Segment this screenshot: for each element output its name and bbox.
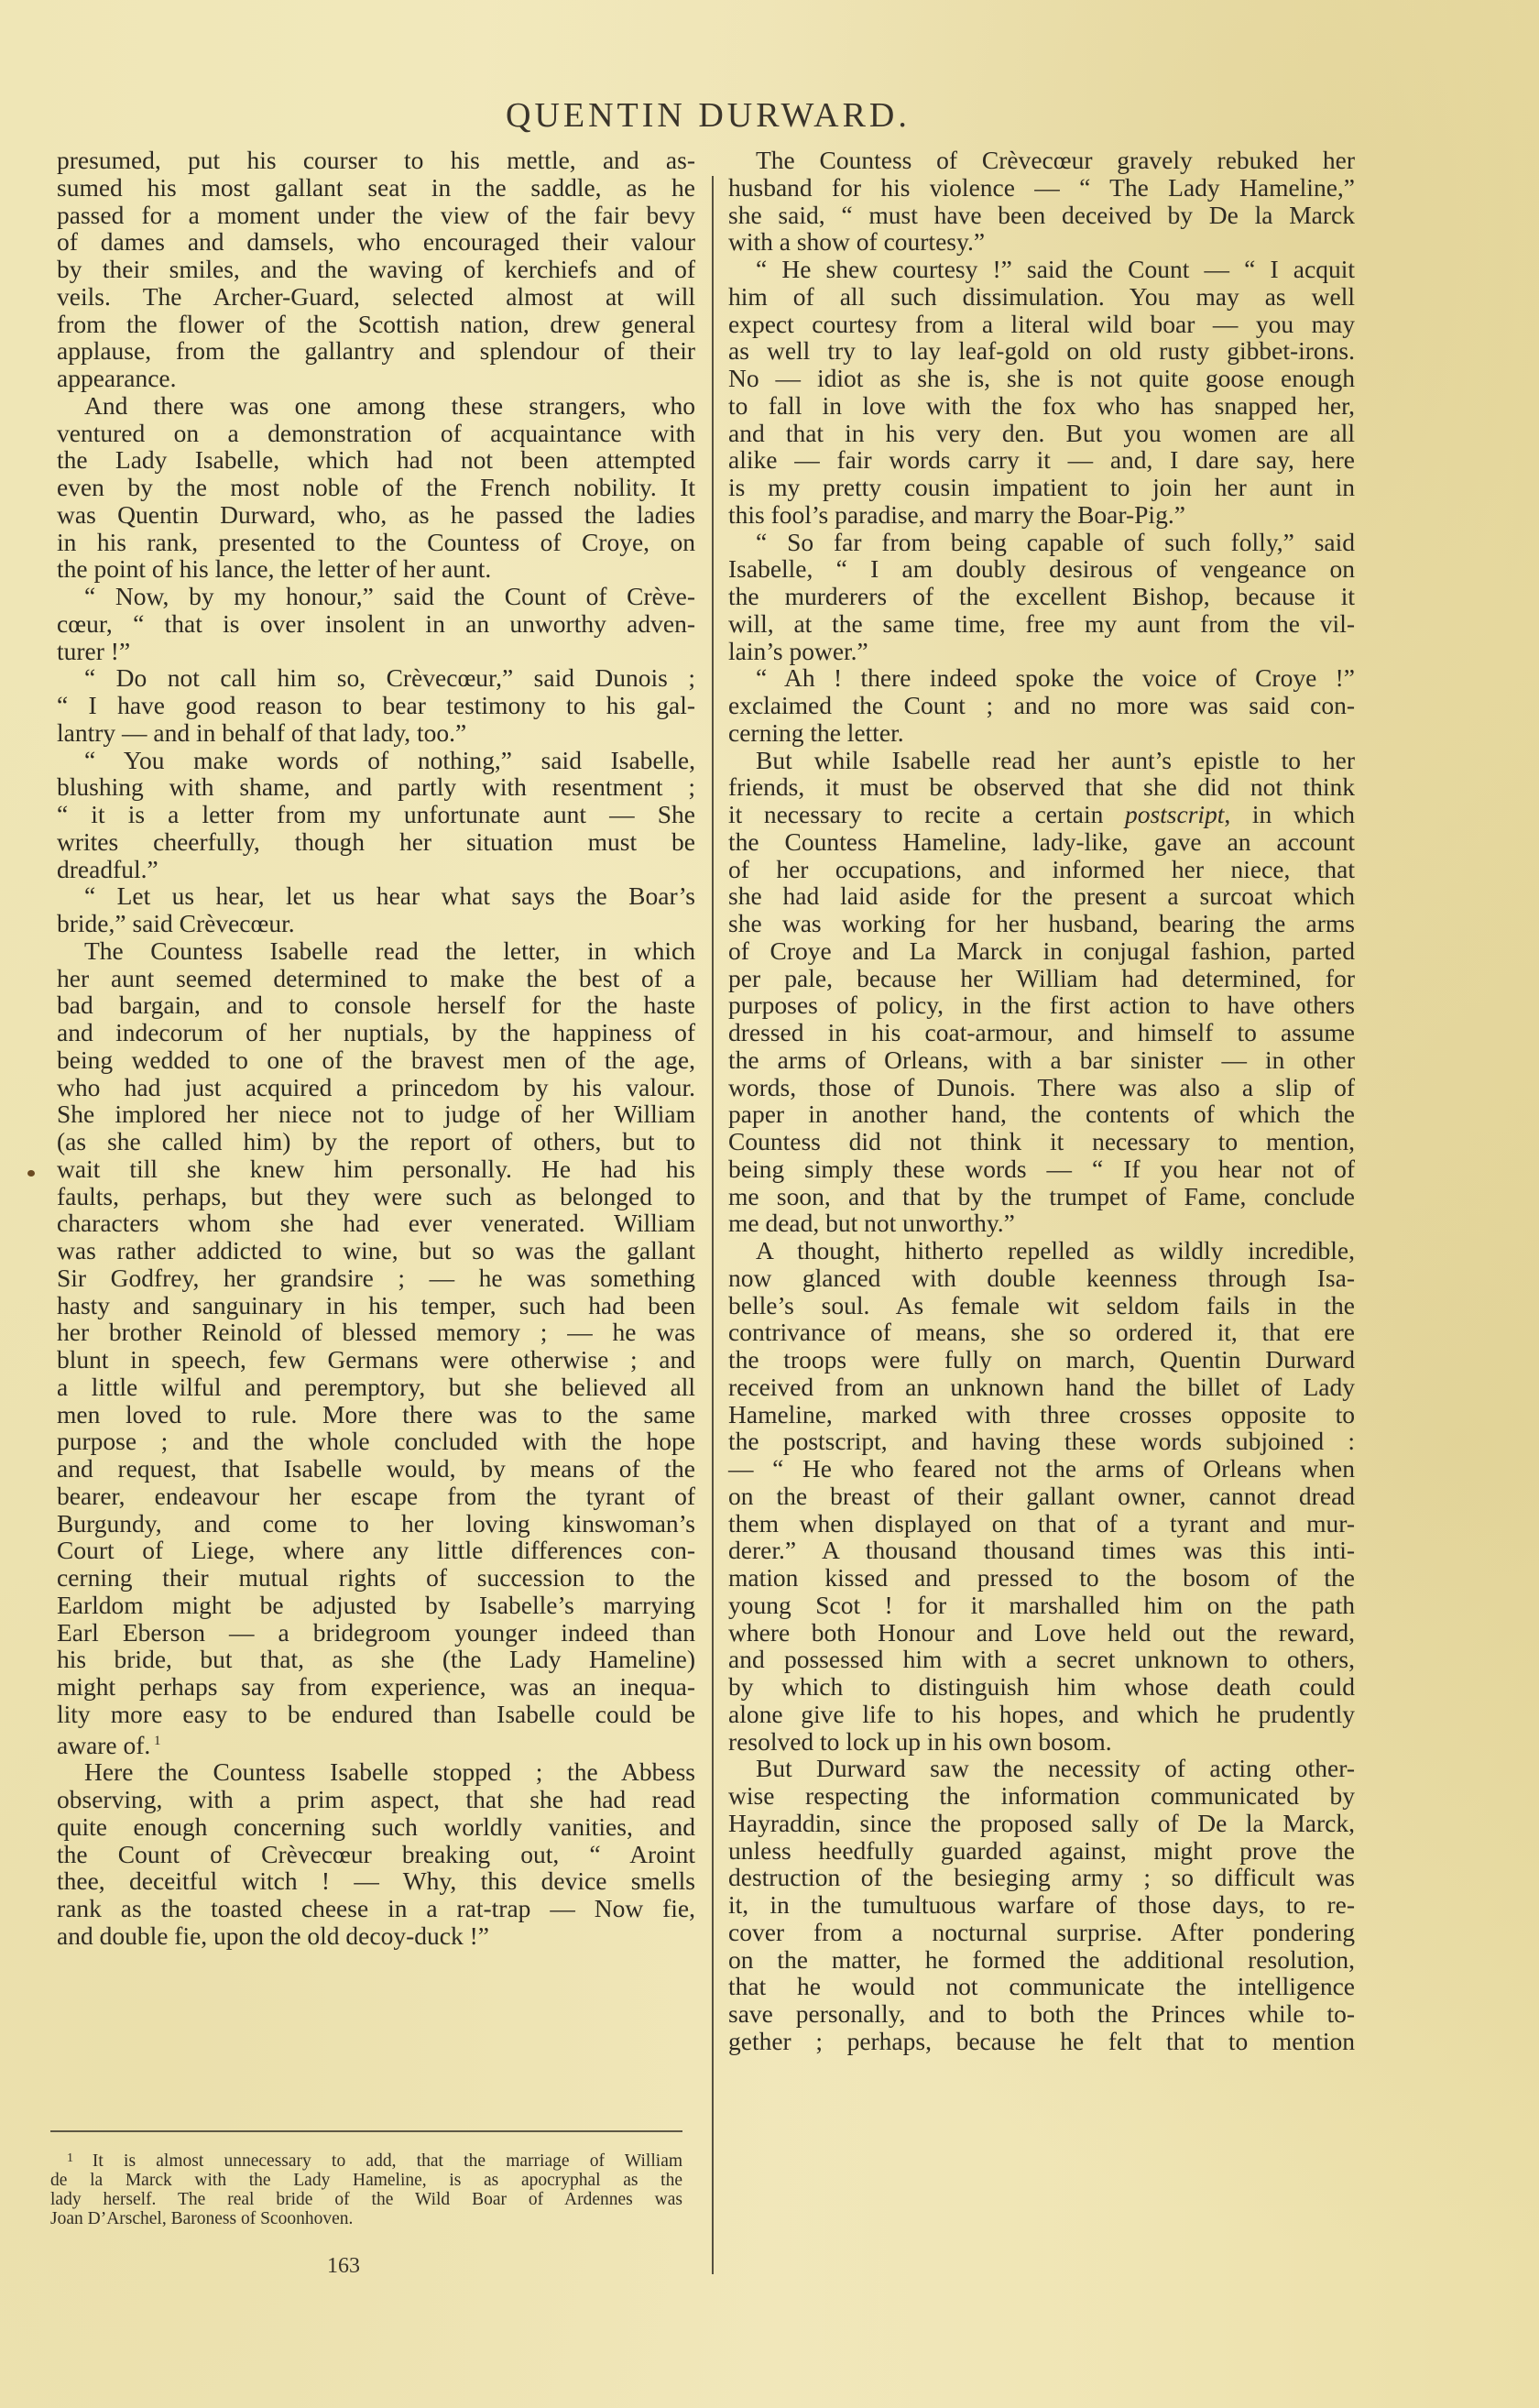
text-line: sumed his most gallant seat in the saddl… (57, 174, 695, 202)
text-line: Sir Godfrey, her grandsire ; — he was so… (57, 1264, 695, 1292)
footnote-reference: 1 (150, 1734, 160, 1748)
text-line: blunt in speech, few Germans were otherw… (57, 1346, 695, 1374)
text-line: appearance. (57, 365, 695, 392)
text-line: cœur, “ that is over insolent in an unwo… (57, 610, 695, 638)
text-line: on the breast of their gallant owner, ca… (728, 1483, 1355, 1510)
text-line: Hayraddin, since the proposed sally of D… (728, 1810, 1355, 1837)
text-line: her brother Reinold of blessed memory ; … (57, 1319, 695, 1346)
text-line: “ You make words of nothing,” said Isabe… (57, 747, 695, 774)
text-line: of her occupations, and informed her nie… (728, 856, 1355, 883)
text-line: cover from a nocturnal surprise. After p… (728, 1919, 1355, 1946)
text-line: But while Isabelle read her aunt’s epist… (728, 747, 1355, 774)
text-line: The Countess of Crèvecœur gravely rebuke… (728, 147, 1355, 174)
text-line: wait till she knew him personally. He ha… (57, 1155, 695, 1183)
text-line: and indecorum of her nuptials, by the ha… (57, 1019, 695, 1046)
footnote-marker: 1 (67, 2151, 93, 2165)
text-line: the Lady Isabelle, which had not been at… (57, 446, 695, 474)
text-line: alone give life to his hopes, and which … (728, 1701, 1355, 1728)
text-line: was Quentin Durward, who, as he passed t… (57, 501, 695, 529)
text-line: mation kissed and pressed to the bosom o… (728, 1564, 1355, 1592)
text-line: she was working for her husband, bearing… (728, 910, 1355, 937)
text-line: dreadful.” (57, 856, 695, 883)
text-line: young Scot ! for it marshalled him on th… (728, 1592, 1355, 1619)
page-number: 163 (327, 2254, 360, 2279)
text-line: words, those of Dunois. There was also a… (728, 1074, 1355, 1101)
text-line: “ it is a letter from my unfortunate aun… (57, 801, 695, 828)
text-line: derer.” A thousand thousand times was th… (728, 1537, 1355, 1564)
text-line: thee, deceitful witch ! — Why, this devi… (57, 1867, 695, 1895)
text-line: Isabelle, “ I am doubly desirous of veng… (728, 555, 1355, 583)
text-line: the arms of Orleans, with a bar sinister… (728, 1046, 1355, 1074)
text-line: destruction of the besieging army ; so d… (728, 1864, 1355, 1891)
text-line: lantry — and in behalf of that lady, too… (57, 719, 695, 747)
text-line: veils. The Archer-Guard, selected almost… (57, 283, 695, 311)
text-line: the postscript, and having these words s… (728, 1428, 1355, 1455)
text-line: bad bargain, and to console herself for … (57, 991, 695, 1019)
text-line: ventured on a demonstration of acquainta… (57, 420, 695, 447)
text-line: and request, that Isabelle would, by mea… (57, 1455, 695, 1483)
footnote-line: lady herself. The real bride of the Wild… (50, 2190, 682, 2209)
ink-blot-mark (27, 1170, 35, 1177)
text-line: her aunt seemed determined to make the b… (57, 965, 695, 992)
text-line: quite enough concerning such worldly van… (57, 1813, 695, 1841)
text-line: who had just acquired a princedom by his… (57, 1074, 695, 1101)
text-line: me dead, but not unworthy.” (728, 1209, 1355, 1237)
text-line: “ I have good reason to bear testimony t… (57, 692, 695, 719)
text-line: hasty and sanguinary in his temper, such… (57, 1292, 695, 1319)
footnote-line: 1 It is almost unnecessary to add, that … (50, 2149, 682, 2171)
text-line: where both Honour and Love held out the … (728, 1619, 1355, 1647)
running-head-title: QUENTIN DURWARD. (506, 95, 936, 136)
text-line: “ So far from being capable of such foll… (728, 529, 1355, 556)
text-line: passed for a moment under the view of th… (57, 202, 695, 229)
column-divider (712, 176, 714, 2274)
text-line: the murderers of the excellent Bishop, b… (728, 583, 1355, 610)
footnote-line: Joan D’Arschel, Baroness of Scoonhoven. (50, 2209, 682, 2228)
text-line: received from an unknown hand the billet… (728, 1374, 1355, 1401)
right-column: The Countess of Crèvecœur gravely rebuke… (728, 147, 1355, 2055)
text-line: from the flower of the Scottish nation, … (57, 311, 695, 338)
text-line: might perhaps say from experience, was a… (57, 1673, 695, 1701)
text-line: by which to distinguish him whose death … (728, 1673, 1355, 1701)
text-line: “ Now, by my honour,” said the Count of … (57, 583, 695, 610)
text-line: characters whom she had ever venerated. … (57, 1209, 695, 1237)
text-line: him of all such dissimulation. You may a… (728, 283, 1355, 311)
text-line: it necessary to recite a certain postscr… (728, 801, 1355, 828)
text-line: And there was one among these strangers,… (57, 392, 695, 420)
text-line: the Count of Crèvecœur breaking out, “ A… (57, 1841, 695, 1868)
italic-word: postscript (1125, 800, 1224, 828)
text-line: it, in the tumultuous warfare of those d… (728, 1891, 1355, 1919)
text-line: Earl Eberson — a bridegroom younger inde… (57, 1619, 695, 1647)
text-line: contrivance of means, she so ordered it,… (728, 1319, 1355, 1346)
text-line: husband for his violence — “ The Lady Ha… (728, 174, 1355, 202)
text-line: She implored her niece not to judge of h… (57, 1100, 695, 1128)
footnote: 1 It is almost unnecessary to add, that … (50, 2149, 682, 2228)
text-line: his bride, but that, as she (the Lady Ha… (57, 1646, 695, 1673)
text-line: lain’s power.” (728, 638, 1355, 665)
text-line: No — idiot as she is, she is not quite g… (728, 365, 1355, 392)
text-line: A thought, hitherto repelled as wildly i… (728, 1237, 1355, 1264)
text-line: save personally, and to both the Princes… (728, 2000, 1355, 2028)
text-line: Countess did not think it necessary to m… (728, 1128, 1355, 1155)
text-line: (as she called him) by the report of oth… (57, 1128, 695, 1155)
text-line: will, at the same time, free my aunt fro… (728, 610, 1355, 638)
text-line: and that in his very den. But you women … (728, 420, 1355, 447)
book-page: QUENTIN DURWARD. presumed, put his cours… (0, 0, 1539, 2408)
text-line: “ Do not call him so, Crèvecœur,” said D… (57, 664, 695, 692)
text-line: and possessed him with a secret unknown … (728, 1646, 1355, 1673)
text-line: blushing with shame, and partly with res… (57, 773, 695, 801)
text-line: with a show of courtesy.” (728, 228, 1355, 256)
text-line: by their smiles, and the waving of kerch… (57, 256, 695, 283)
text-line: Hameline, marked with three crosses oppo… (728, 1401, 1355, 1428)
text-line: me soon, and that by the trumpet of Fame… (728, 1183, 1355, 1210)
text-line: as well try to lay leaf-gold on old rust… (728, 337, 1355, 365)
text-line: aware of. 1 (57, 1728, 695, 1759)
text-line: faults, perhaps, but they were such as b… (57, 1183, 695, 1210)
text-line: Earldom might be adjusted by Isabelle’s … (57, 1592, 695, 1619)
text-line: them when displayed on that of a tyrant … (728, 1510, 1355, 1538)
text-line: bride,” said Crèvecœur. (57, 910, 695, 937)
text-line: Burgundy, and come to her loving kinswom… (57, 1510, 695, 1538)
text-line: “ Ah ! there indeed spoke the voice of C… (728, 664, 1355, 692)
text-line: presumed, put his courser to his mettle,… (57, 147, 695, 174)
text-line: But Durward saw the necessity of acting … (728, 1755, 1355, 1782)
text-line: this fool’s paradise, and marry the Boar… (728, 501, 1355, 529)
footnote-line: de la Marck with the Lady Hameline, is a… (50, 2171, 682, 2190)
text-line: was rather addicted to wine, but so was … (57, 1237, 695, 1264)
text-line: now glanced with double keenness through… (728, 1264, 1355, 1292)
text-line: “ Let us hear, let us hear what says the… (57, 882, 695, 910)
footnote-rule (50, 2130, 682, 2132)
text-line: “ He shew courtesy !” said the Count — “… (728, 256, 1355, 283)
text-line: rank as the toasted cheese in a rat-trap… (57, 1895, 695, 1922)
text-line: writes cheerfully, though her situation … (57, 828, 695, 856)
text-line: the troops were fully on march, Quentin … (728, 1346, 1355, 1374)
text-line: being simply these words — “ If you hear… (728, 1155, 1355, 1183)
text-line: is my pretty cousin impatient to join he… (728, 474, 1355, 501)
text-line: the point of his lance, the letter of he… (57, 555, 695, 583)
text-line: she said, “ must have been deceived by D… (728, 202, 1355, 229)
text-line: in his rank, presented to the Countess o… (57, 529, 695, 556)
text-line: expect courtesy from a literal wild boar… (728, 311, 1355, 338)
text-line: friends, it must be observed that she di… (728, 773, 1355, 801)
text-line: of dames and damsels, who encouraged the… (57, 228, 695, 256)
text-line: cerning the letter. (728, 719, 1355, 747)
text-line: that he would not communicate the intell… (728, 1973, 1355, 2000)
text-line: The Countess Isabelle read the letter, i… (57, 937, 695, 965)
text-line: applause, from the gallantry and splendo… (57, 337, 695, 365)
text-line: of Croye and La Marck in conjugal fashio… (728, 937, 1355, 965)
text-line: to fall in love with the fox who has sna… (728, 392, 1355, 420)
text-line: cerning their mutual rights of successio… (57, 1564, 695, 1592)
text-line: she had laid aside for the present a sur… (728, 882, 1355, 910)
text-line: on the matter, he formed the additional … (728, 1946, 1355, 1974)
text-line: observing, with a prim aspect, that she … (57, 1786, 695, 1813)
text-line: gether ; perhaps, because he felt that t… (728, 2028, 1355, 2055)
text-line: exclaimed the Count ; and no more was sa… (728, 692, 1355, 719)
text-line: wise respecting the information communic… (728, 1782, 1355, 1810)
text-line: alike — fair words carry it — and, I dar… (728, 446, 1355, 474)
left-column: presumed, put his courser to his mettle,… (57, 147, 695, 1950)
text-line: turer !” (57, 638, 695, 665)
text-line: belle’s soul. As female wit seldom fails… (728, 1292, 1355, 1319)
text-line: lity more easy to be endured than Isabel… (57, 1701, 695, 1728)
text-line: the Countess Hameline, lady-like, gave a… (728, 828, 1355, 856)
text-line: bearer, endeavour her escape from the ty… (57, 1483, 695, 1510)
text-line: purposes of policy, in the first action … (728, 991, 1355, 1019)
text-line: purpose ; and the whole concluded with t… (57, 1428, 695, 1455)
text-line: unless heedfully guarded against, might … (728, 1837, 1355, 1865)
text-line: paper in another hand, the contents of w… (728, 1100, 1355, 1128)
text-line: even by the most noble of the French nob… (57, 474, 695, 501)
text-line: and double fie, upon the old decoy-duck … (57, 1922, 695, 1950)
text-line: Court of Liege, where any little differe… (57, 1537, 695, 1564)
text-line: being wedded to one of the bravest men o… (57, 1046, 695, 1074)
text-line: a little wilful and peremptory, but she … (57, 1374, 695, 1401)
text-line: resolved to lock up in his own bosom. (728, 1728, 1355, 1756)
text-line: — “ He who feared not the arms of Orlean… (728, 1455, 1355, 1483)
text-line: dressed in his coat-armour, and himself … (728, 1019, 1355, 1046)
text-line: per pale, because her William had determ… (728, 965, 1355, 992)
text-line: men loved to rule. More there was to the… (57, 1401, 695, 1428)
text-line: Here the Countess Isabelle stopped ; the… (57, 1758, 695, 1786)
